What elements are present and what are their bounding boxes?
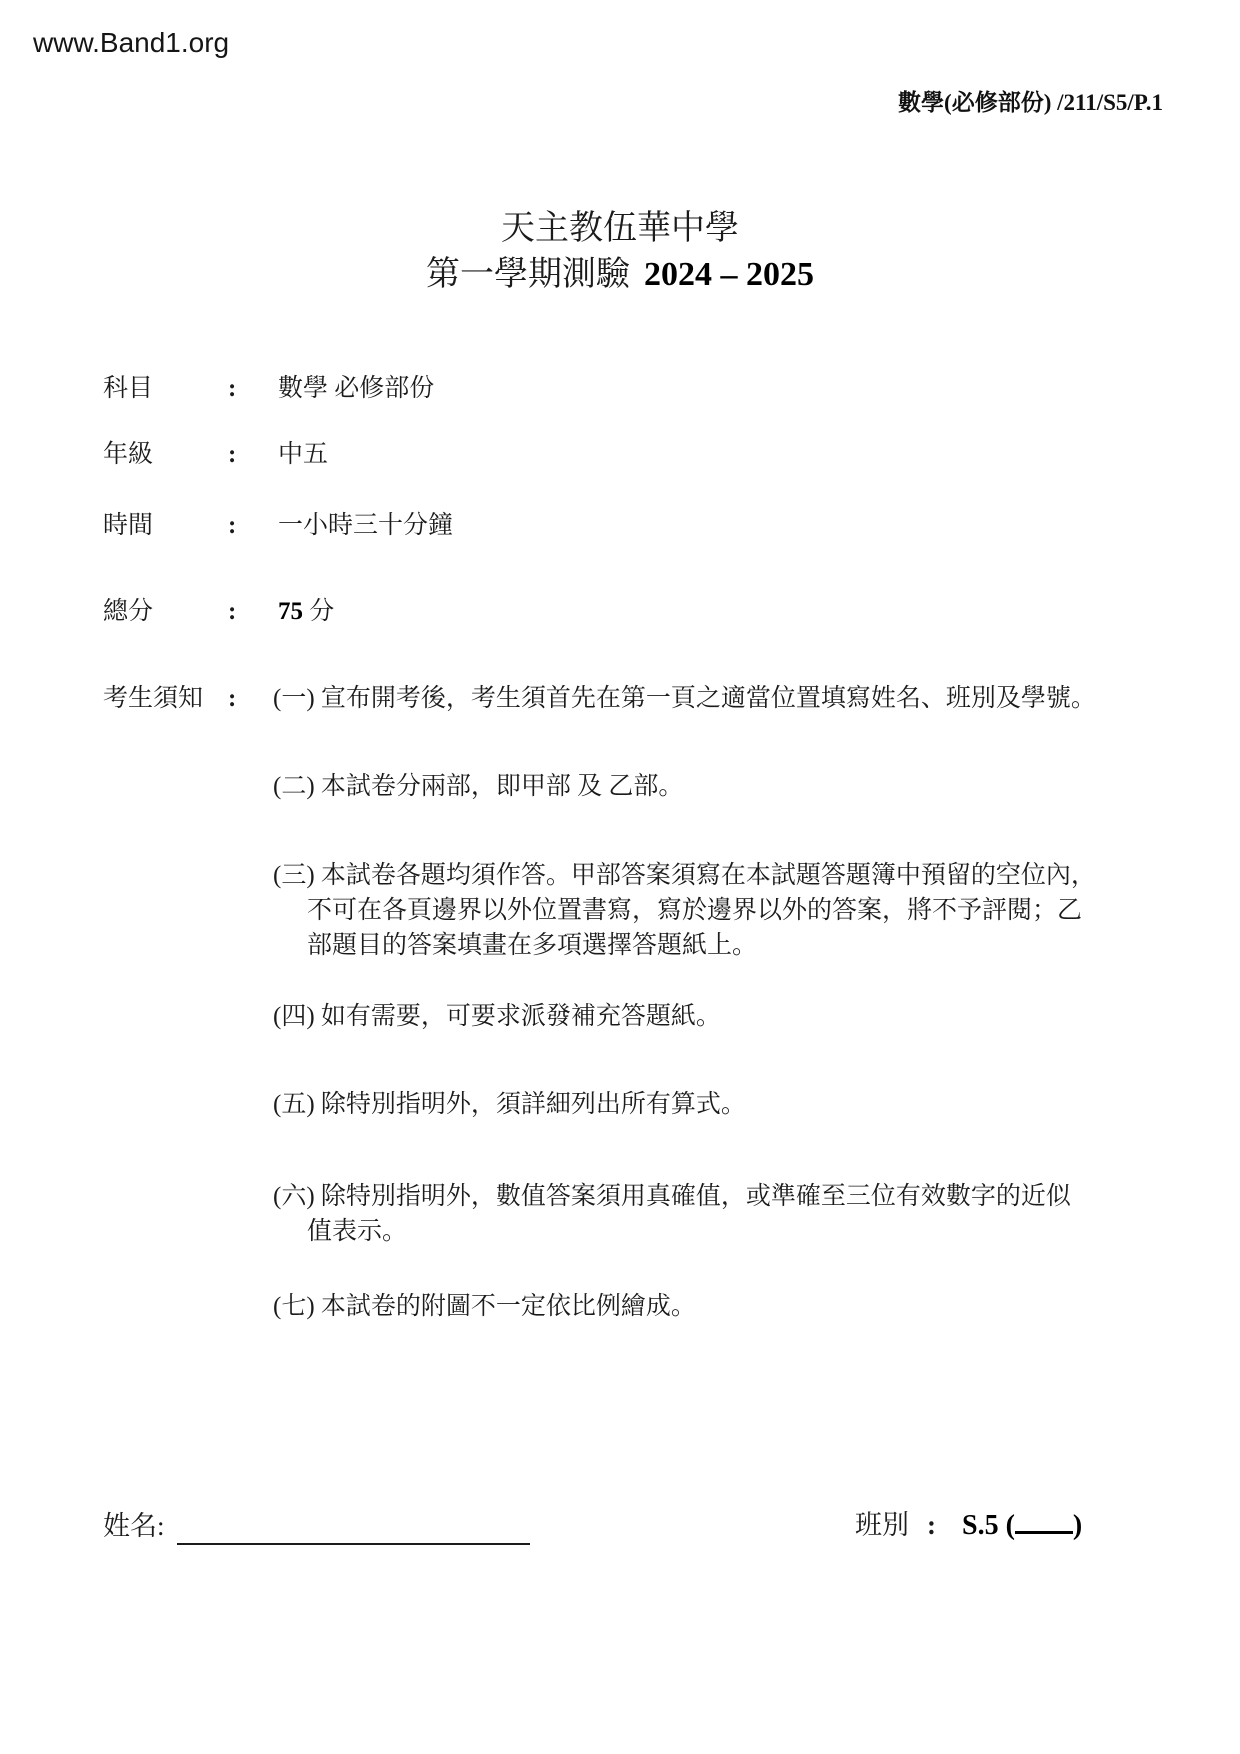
instruction-item-7: (七) 本試卷的附圖不一定依比例繪成。: [307, 1289, 696, 1324]
time-colon: :: [228, 508, 278, 543]
class-blank-line: [1015, 1509, 1073, 1534]
subject-value: 數學 必修部份: [278, 375, 434, 402]
instruction-item-3: (三) 本試卷各題均須作答。甲部答案須寫在本試題答題簿中預留的空位內， 不可在各…: [307, 858, 1096, 963]
instruction-item-2: (二) 本試卷分兩部，即甲部 及 乙部。: [307, 769, 683, 804]
field-row-total: 總分:75 分: [103, 594, 334, 629]
class-label: 班別: [855, 1510, 909, 1540]
field-row-notes: 考生須知:: [103, 681, 278, 716]
class-colon: :: [927, 1510, 936, 1540]
field-row-time: 時間:一小時三十分鐘: [103, 508, 453, 543]
watermark-text: www.Band1.org: [33, 26, 229, 60]
grade-value: 中五: [278, 441, 328, 468]
subject-colon: :: [228, 371, 278, 406]
class-row: 班別:S.5 (): [855, 1506, 1082, 1545]
exam-cover-page: www.Band1.org 數學(必修部份) /211/S5/P.1 天主教伍華…: [0, 0, 1240, 1754]
school-name: 天主教伍華中學: [0, 206, 1240, 252]
exam-years: 2024 – 2025: [644, 256, 814, 293]
field-row-grade: 年級:中五: [103, 437, 328, 472]
time-label: 時間: [103, 508, 228, 543]
title-block: 天主教伍華中學 第一學期測驗2024 – 2025: [0, 206, 1240, 298]
total-colon: :: [228, 594, 278, 629]
instruction-item-1: (一) 宣布開考後，考生須首先在第一頁之適當位置填寫姓名、班別及學號。: [307, 681, 1096, 716]
instruction-item-5: (五) 除特別指明外，須詳細列出所有算式。: [307, 1087, 746, 1122]
total-marks-unit: 分: [309, 598, 334, 625]
time-value: 一小時三十分鐘: [278, 512, 453, 539]
instruction-item-4: (四) 如有需要，可要求派發補充答題紙。: [307, 999, 721, 1034]
name-label: 姓名:: [103, 1508, 165, 1544]
total-marks-number: 75: [278, 598, 303, 625]
notes-label: 考生須知: [103, 681, 228, 716]
subject-label: 科目: [103, 371, 228, 406]
class-value-prefix: S.5 (: [962, 1510, 1015, 1541]
exam-name: 第一學期測驗: [426, 256, 630, 293]
field-row-subject: 科目:數學 必修部份: [103, 371, 434, 406]
name-blank-line: [177, 1543, 530, 1545]
instruction-item-6: (六) 除特別指明外，數值答案須用真確值，或準確至三位有效數字的近似 值表示。: [307, 1179, 1071, 1249]
paper-code: 數學(必修部份) /211/S5/P.1: [898, 84, 1163, 117]
grade-label: 年級: [103, 437, 228, 472]
class-value-suffix: ): [1073, 1510, 1082, 1541]
total-label: 總分: [103, 594, 228, 629]
exam-title-line: 第一學期測驗2024 – 2025: [0, 252, 1240, 298]
notes-colon: :: [228, 681, 278, 716]
grade-colon: :: [228, 437, 278, 472]
